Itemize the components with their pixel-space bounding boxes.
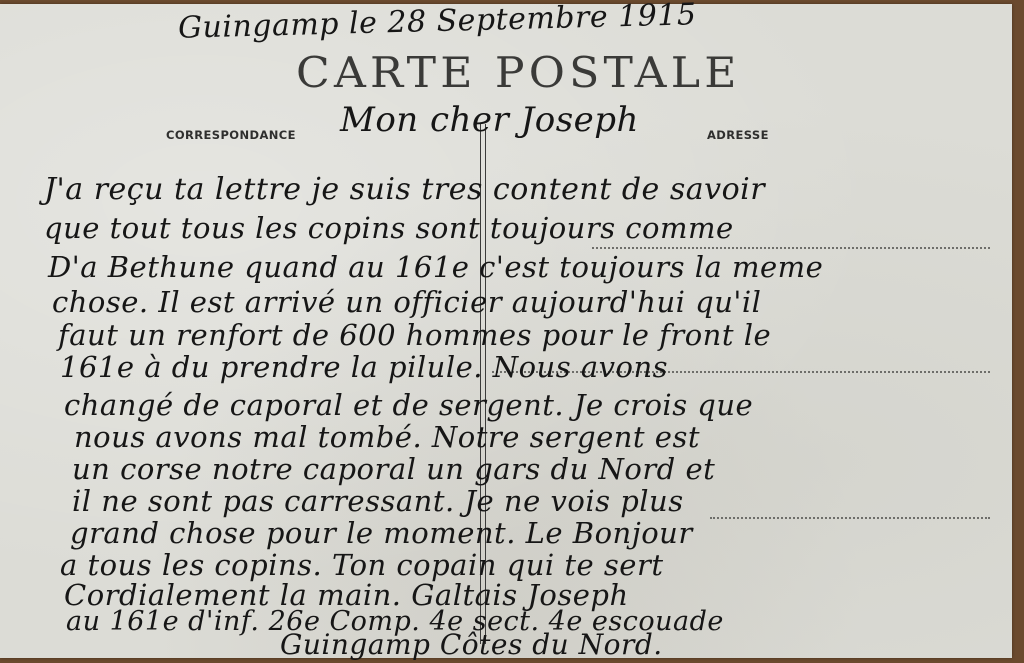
handwritten-line: un corse notre caporal un gars du Nord e… <box>72 452 715 486</box>
printed-title: CARTE POSTALE <box>296 48 741 97</box>
address-line-3 <box>710 517 990 519</box>
handwritten-line: a tous les copins. Ton copain qui te ser… <box>60 548 663 582</box>
address-line-1 <box>592 247 990 249</box>
handwritten-closing: Guingamp Côtes du Nord. <box>280 628 663 661</box>
handwritten-line: changé de caporal et de sergent. Je croi… <box>64 388 753 422</box>
handwritten-salutation: Mon cher Joseph <box>340 100 639 140</box>
handwritten-date-line: Guingamp le 28 Septembre 1915 <box>178 0 697 46</box>
handwritten-line: J'a reçu ta lettre je suis tres content … <box>44 172 765 207</box>
postcard-back: CARTE POSTALE CORRESPONDANCE ADRESSE Gui… <box>0 4 1012 658</box>
adresse-label: ADRESSE <box>707 128 769 142</box>
handwritten-line: que tout tous les copins sont toujours c… <box>44 211 734 245</box>
handwritten-line: chose. Il est arrivé un officier aujourd… <box>52 285 761 319</box>
handwritten-line: nous avons mal tombé. Notre sergent est <box>74 420 700 454</box>
handwritten-line: grand chose pour le moment. Le Bonjour <box>70 516 693 550</box>
handwritten-line: 161e à du prendre la pilule. Nous avons <box>60 350 668 384</box>
handwritten-line: D'a Bethune quand au 161e c'est toujours… <box>48 250 823 284</box>
handwritten-line: faut un renfort de 600 hommes pour le fr… <box>58 318 771 352</box>
handwritten-line: il ne sont pas carressant. Je ne vois pl… <box>72 484 684 518</box>
correspondance-label: CORRESPONDANCE <box>166 128 296 142</box>
